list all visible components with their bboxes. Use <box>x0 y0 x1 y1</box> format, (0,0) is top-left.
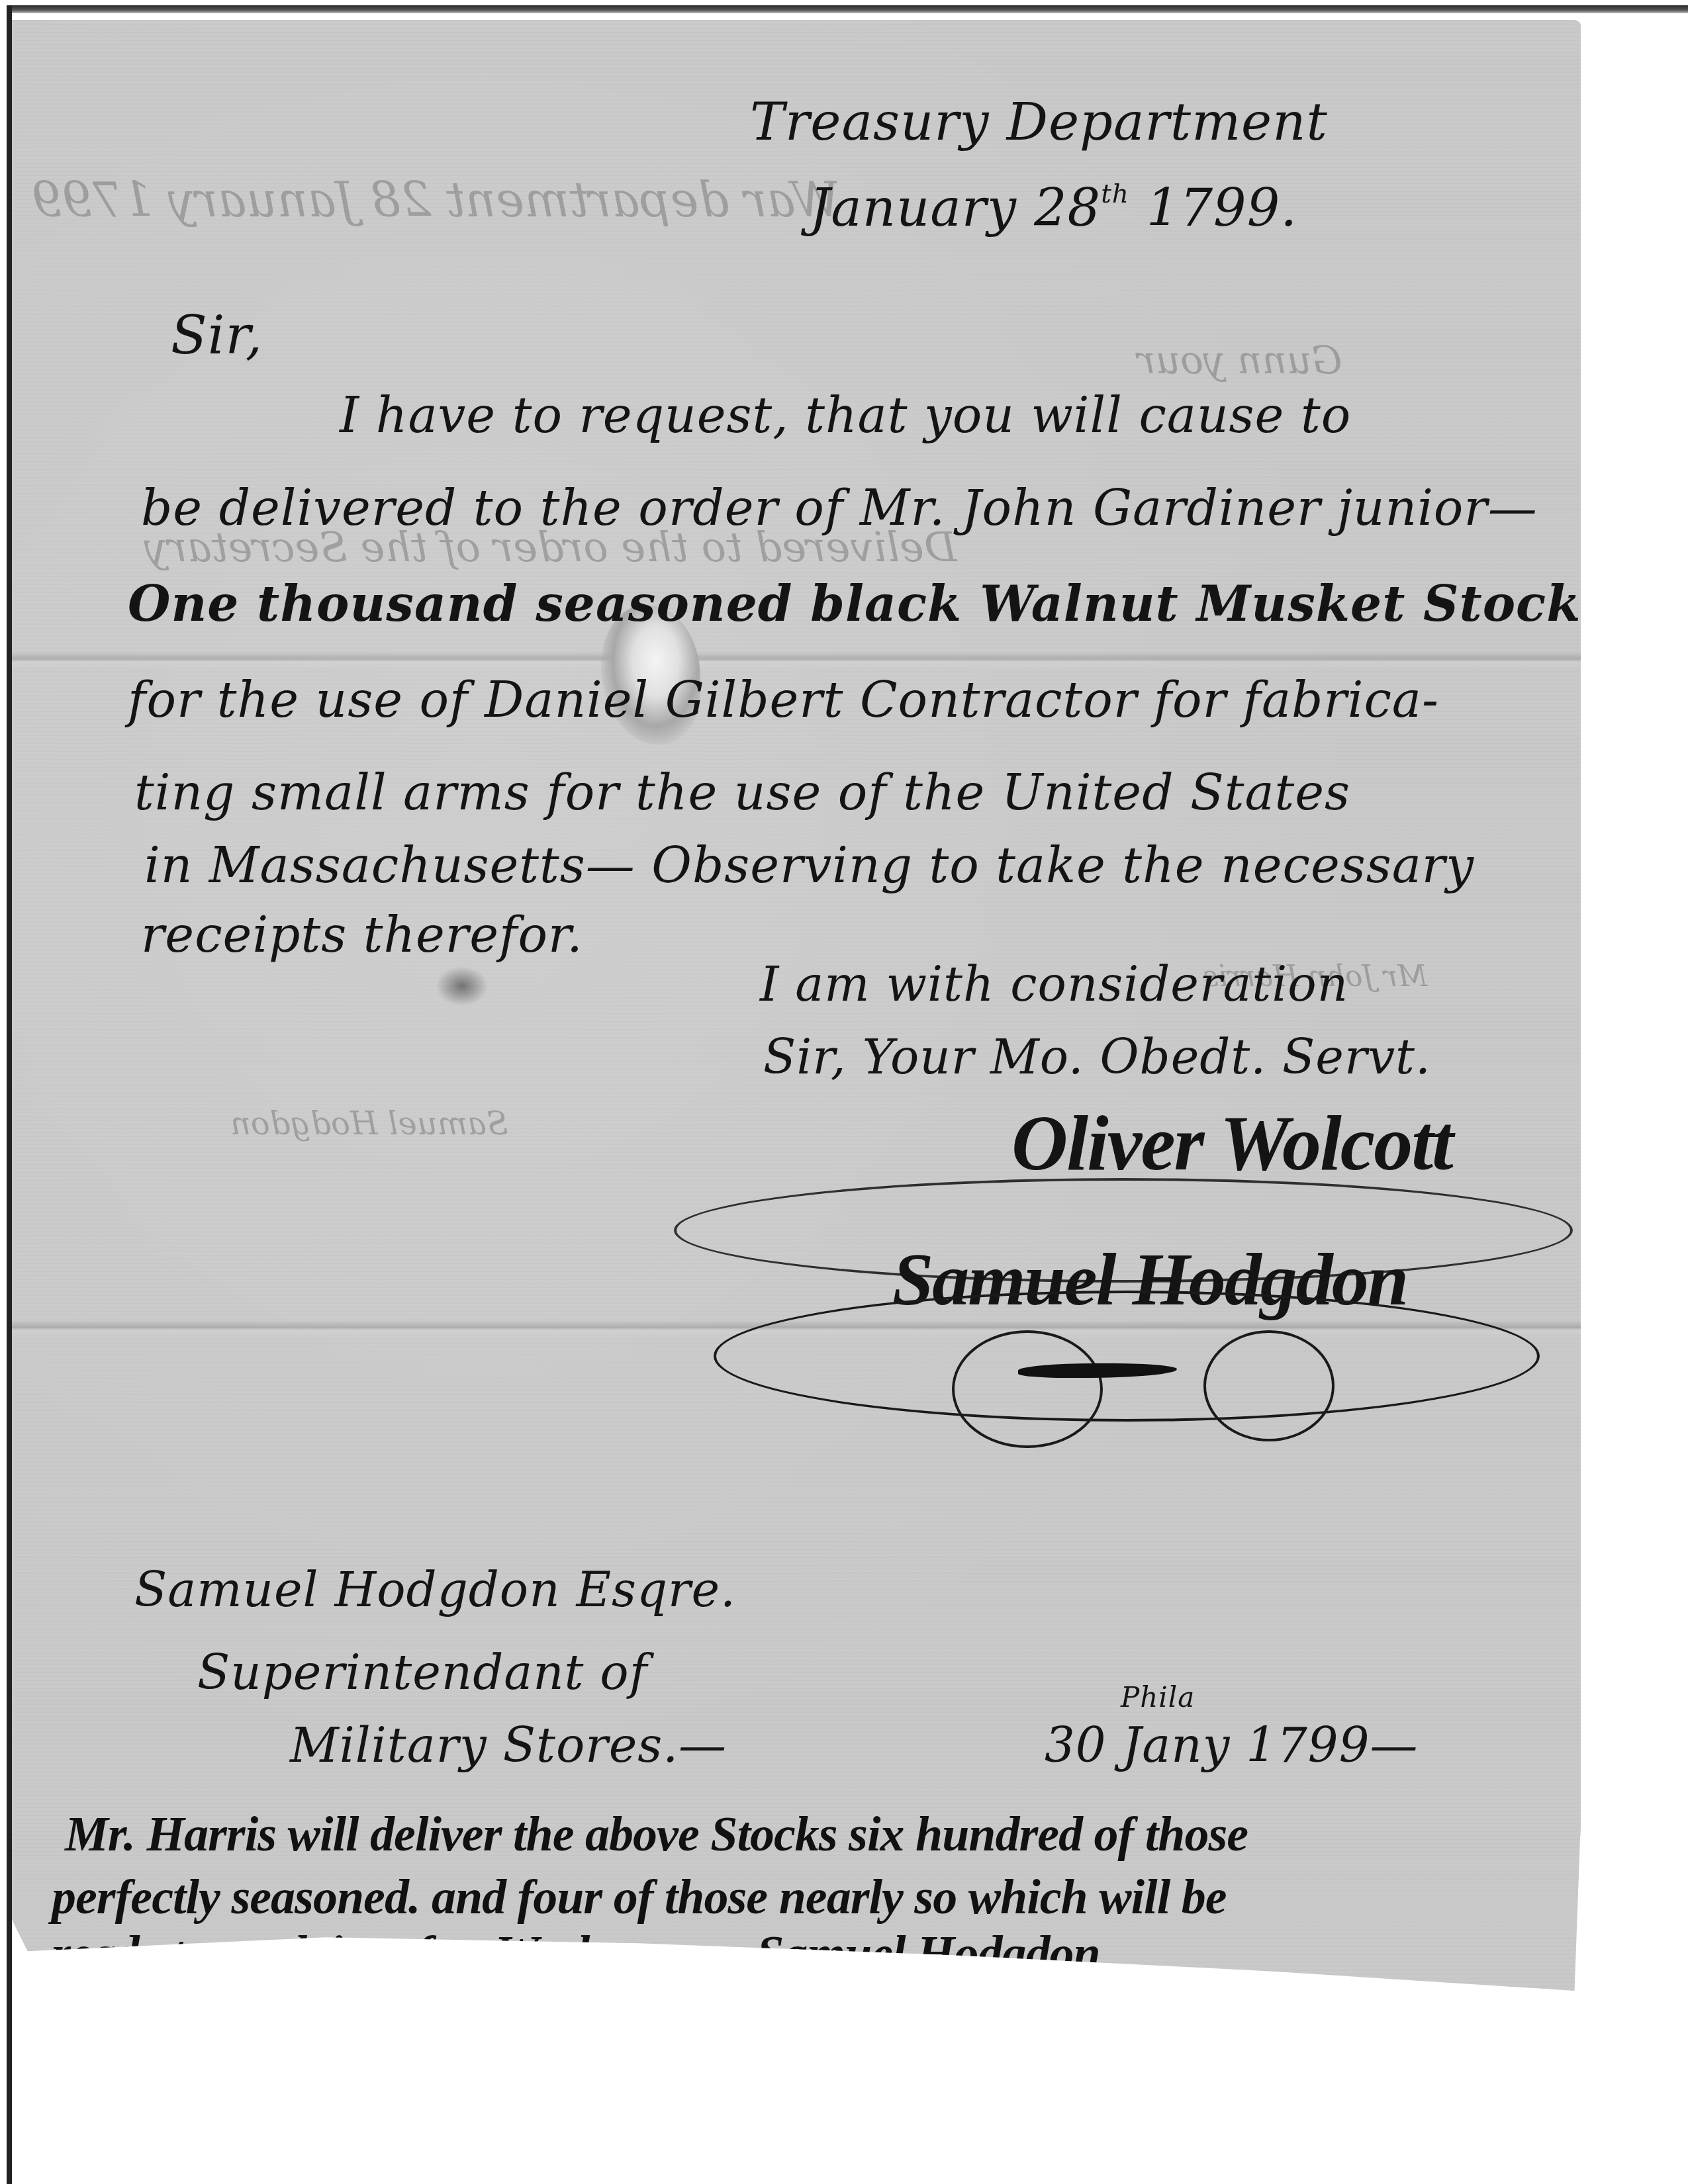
note-date: 30 Jany 1799— <box>1045 1717 1418 1773</box>
note-line-3-text: ready to work in a few Weeks— <box>52 1927 667 1981</box>
closing-line-1: I am with consideration <box>760 956 1348 1012</box>
body-line-3: One thousand seasoned black Walnut Muske… <box>128 576 1609 633</box>
address-line-2: Superintendant of <box>197 1645 647 1700</box>
body-line-7: receipts therefor. <box>141 907 583 964</box>
body-line-5: ting small arms for the use of the Unite… <box>134 764 1350 821</box>
scanner-frame-left <box>7 5 12 2184</box>
bleed-through-date: War department 28 January 1799 <box>32 172 840 228</box>
note-dash <box>686 1956 726 1961</box>
letter-date-month-day: January 28 <box>810 179 1101 238</box>
letter-department: Treasury Department <box>750 93 1328 152</box>
bleed-through-signature: Samuel Hodgdon <box>230 1105 508 1142</box>
closing-line-2: Sir, Your Mo. Obedt. Servt. <box>763 1029 1431 1085</box>
salutation: Sir, <box>171 304 263 366</box>
signature-flourish-lower <box>714 1291 1540 1422</box>
note-signature: Samuel Hodgdon <box>757 1927 1100 1981</box>
body-line-4: for the use of Daniel Gilbert Contractor… <box>128 672 1439 729</box>
fold-line-upper <box>12 652 1581 669</box>
address-line-3: Military Stores.— <box>290 1717 727 1773</box>
ink-blot <box>436 966 489 1006</box>
letter-date-year: 1799. <box>1147 179 1297 238</box>
signature-oliver-wolcott: Oliver Wolcott <box>1011 1099 1452 1189</box>
body-line-6: in Massachusetts— Observing to take the … <box>144 837 1474 894</box>
note-line-2: perfectly seasoned. and four of those ne… <box>52 1870 1227 1926</box>
letter-date-suffix: th <box>1101 179 1129 209</box>
note-line-1: Mr. Harris will deliver the above Stocks… <box>65 1807 1248 1863</box>
note-date-prefix: Phila <box>1121 1681 1195 1713</box>
body-line-1: I have to request, that you will cause t… <box>340 387 1351 444</box>
note-line-3: ready to work in a few Weeks— Samuel Hod… <box>52 1926 1100 1982</box>
bleed-through-fragment: Gunn your <box>1137 338 1342 383</box>
address-line-1: Samuel Hodgdon Esqre. <box>134 1562 736 1617</box>
scanner-frame-top <box>7 5 1688 13</box>
letter-paper: War department 28 January 1799 Delivered… <box>12 20 1581 1999</box>
signature-flourish-loop-right <box>1203 1330 1335 1441</box>
letter-date: January 28th 1799. <box>810 179 1297 238</box>
signature-flourish-loop-left <box>952 1330 1103 1448</box>
body-line-2: be delivered to the order of Mr. John Ga… <box>141 480 1538 537</box>
